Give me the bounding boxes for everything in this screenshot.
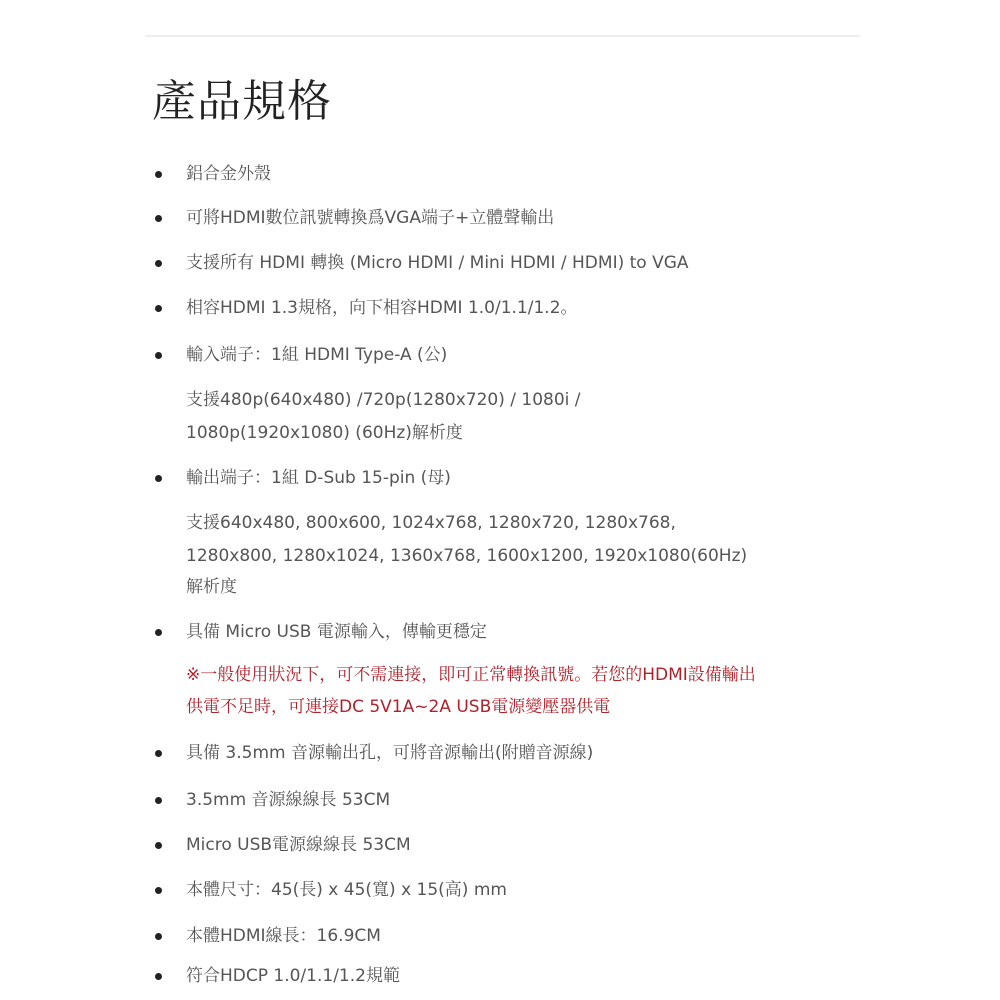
bullet-icon xyxy=(155,352,162,359)
spec-text: 相容HDMI 1.3規格，向下相容HDMI 1.0/1.1/1.2。 xyxy=(186,297,578,319)
spec-text: 本體HDMI線長：16.9CM xyxy=(186,925,381,947)
spec-detail: 1080p(1920x1080) (60Hz)解析度 xyxy=(186,422,463,444)
bullet-icon xyxy=(155,305,162,312)
spec-note: ※一般使用狀況下，可不需連接，即可正常轉換訊號。若您的HDMI設備輸出 xyxy=(186,664,756,686)
spec-text: 鋁合金外殼 xyxy=(186,163,271,185)
spec-text: 具備 Micro USB 電源輸入，傳輸更穩定 xyxy=(186,621,487,643)
bullet-icon xyxy=(155,842,162,849)
top-divider xyxy=(145,35,860,37)
spec-text: 本體尺寸：45(長) x 45(寬) x 15(高) mm xyxy=(186,879,507,901)
spec-text: Micro USB電源線線長 53CM xyxy=(186,834,411,856)
bullet-icon xyxy=(155,797,162,804)
bullet-icon xyxy=(155,171,162,178)
bullet-icon xyxy=(155,629,162,636)
spec-detail: 解析度 xyxy=(186,576,237,598)
bullet-icon xyxy=(155,260,162,267)
spec-text: 具備 3.5mm 音源輸出孔，可將音源輸出(附贈音源線) xyxy=(186,742,593,764)
spec-detail: 支援640x480, 800x600, 1024x768, 1280x720, … xyxy=(186,512,676,534)
page-title: 產品規格 xyxy=(152,72,332,132)
spec-text: 可將HDMI數位訊號轉換爲VGA端子+立體聲輸出 xyxy=(186,207,554,229)
bullet-icon xyxy=(155,933,162,940)
spec-note: 供電不足時，可連接DC 5V1A~2A USB電源變壓器供電 xyxy=(186,696,610,718)
spec-detail: 1280x800, 1280x1024, 1360x768, 1600x1200… xyxy=(186,545,747,567)
spec-text: 輸出端子：1組 D-Sub 15-pin (母) xyxy=(186,467,451,489)
spec-detail: 支援480p(640x480) /720p(1280x720) / 1080i … xyxy=(186,389,581,411)
spec-text: 支援所有 HDMI 轉換 (Micro HDMI / Mini HDMI / H… xyxy=(186,252,689,274)
spec-text: 3.5mm 音源線線長 53CM xyxy=(186,789,390,811)
bullet-icon xyxy=(155,475,162,482)
spec-text: 符合HDCP 1.0/1.1/1.2規範 xyxy=(186,965,400,987)
bullet-icon xyxy=(155,750,162,757)
spec-text: 輸入端子：1組 HDMI Type-A (公) xyxy=(186,344,447,366)
bullet-icon xyxy=(155,887,162,894)
bullet-icon xyxy=(155,973,162,980)
bullet-icon xyxy=(155,215,162,222)
